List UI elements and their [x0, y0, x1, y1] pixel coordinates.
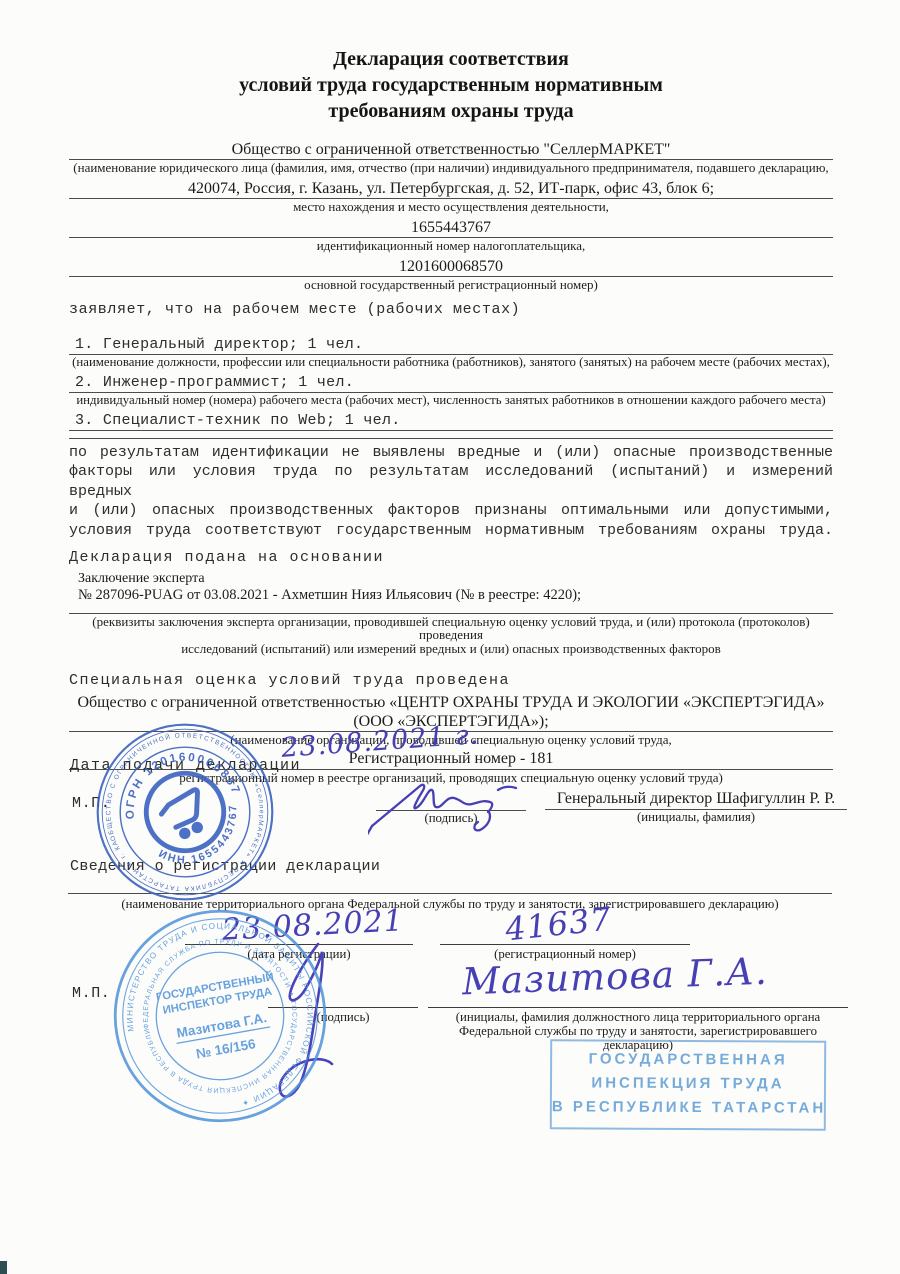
ogrn-field: 1201600068570 основной государственный р… [69, 257, 833, 291]
title-line-2: условий труда государственным нормативны… [69, 72, 833, 98]
company-field: Общество с ограниченной ответственностью… [69, 140, 833, 174]
official-name-handwritten: Мазитова Г.А. [461, 950, 768, 1004]
official-caption-line-2: Федеральной службы по труду и занятости,… [428, 1024, 848, 1038]
official-name-rule [428, 1007, 848, 1008]
inn-caption: идентификационный номер налогоплательщик… [69, 238, 833, 252]
workplace-caption-2: индивидуальный номер (номера) рабочего м… [69, 393, 833, 409]
director-name: Генеральный директор Шафигуллин Р. Р. [545, 789, 847, 810]
basis-doc: Заключение эксперта [69, 571, 833, 586]
workplace-list: 1. Генеральный директор; 1 чел. (наимено… [69, 335, 833, 431]
declares-statement: заявляет, что на рабочем месте (рабочих … [69, 301, 833, 319]
workplace-item-1: 1. Генеральный директор; 1 чел. [69, 335, 833, 355]
inn-field: 1655443767 идентификационный номер налог… [69, 218, 833, 252]
director-name-caption: (инициалы, фамилия) [545, 810, 847, 824]
result-line-1: по результатам идентификации не выявлены… [69, 443, 833, 463]
declaration-document: Декларация соответствия условий труда го… [0, 0, 900, 1274]
workplace-caption-1: (наименование должности, профессии или с… [69, 355, 833, 371]
ogrn-caption: основной государственный регистрационный… [69, 277, 833, 291]
inspector-stamp-number: № 16/156 [195, 1036, 257, 1061]
workplace-item-2: 2. Инженер-программист; 1 чел. [69, 373, 833, 393]
basis-caption-2: исследований (испытаний) или измерений в… [69, 641, 833, 655]
scan-artifact-mark [0, 1261, 7, 1274]
result-line-4: условия труда соответствуют государствен… [69, 521, 833, 541]
company-address: 420074, Россия, г. Казань, ул. Петербург… [69, 179, 833, 199]
director-signature-block: (подпись) [376, 772, 526, 825]
official-caption-line-1: (инициалы, фамилия должностного лица тер… [428, 1010, 848, 1024]
result-line-2: факторы или условия труда по результатам… [69, 462, 833, 501]
address-field: 420074, Россия, г. Казань, ул. Петербург… [69, 179, 833, 213]
inspector-stamp: МИНИСТЕРСТВО ТРУДА И СОЦИАЛЬНОЙ ЗАЩИТЫ Р… [95, 891, 345, 1141]
sout-org-line-1: Общество с ограниченной ответственностью… [69, 694, 833, 713]
shopping-cart-icon [158, 789, 208, 841]
inspection-stamp-line-3: В РЕСПУБЛИКЕ ТАТАРСТАН [552, 1095, 824, 1120]
basis-details: № 287096-PUAG от 03.08.2021 - Ахметшин Н… [69, 586, 833, 604]
basis-caption-1: (реквизиты заключения эксперта организац… [69, 614, 833, 641]
document-title: Декларация соответствия условий труда го… [69, 46, 833, 124]
inspection-stamp: ГОСУДАРСТВЕННАЯ ИНСПЕКЦИЯ ТРУДА В РЕСПУБ… [550, 1039, 826, 1130]
result-line-3: и (или) опасных производственных факторо… [69, 501, 833, 521]
inspection-stamp-line-2: ИНСПЕКЦИЯ ТРУДА [552, 1071, 824, 1096]
sout-label: Специальная оценка условий труда проведе… [69, 672, 833, 690]
director-name-block: Генеральный директор Шафигуллин Р. Р. (и… [545, 789, 847, 824]
ogrn-value: 1201600068570 [69, 257, 833, 277]
director-signature [368, 774, 538, 846]
basis-label: Декларация подана на основании [69, 549, 833, 567]
title-line-1: Декларация соответствия [69, 46, 833, 72]
workplace-item-3: 3. Специалист-техник по Web; 1 чел. [69, 411, 833, 431]
result-paragraph: по результатам идентификации не выявлены… [69, 443, 833, 541]
inspection-stamp-line-1: ГОСУДАРСТВЕННАЯ [552, 1047, 824, 1072]
divider-rule [69, 438, 833, 439]
title-line-3: требованиям охраны труда [69, 98, 833, 124]
address-caption: место нахождения и место осуществления д… [69, 199, 833, 213]
registration-number-rule [440, 944, 690, 945]
company-caption: (наименование юридического лица (фамилия… [69, 160, 833, 174]
inn-value: 1655443767 [69, 218, 833, 238]
company-name: Общество с ограниченной ответственностью… [69, 140, 833, 160]
